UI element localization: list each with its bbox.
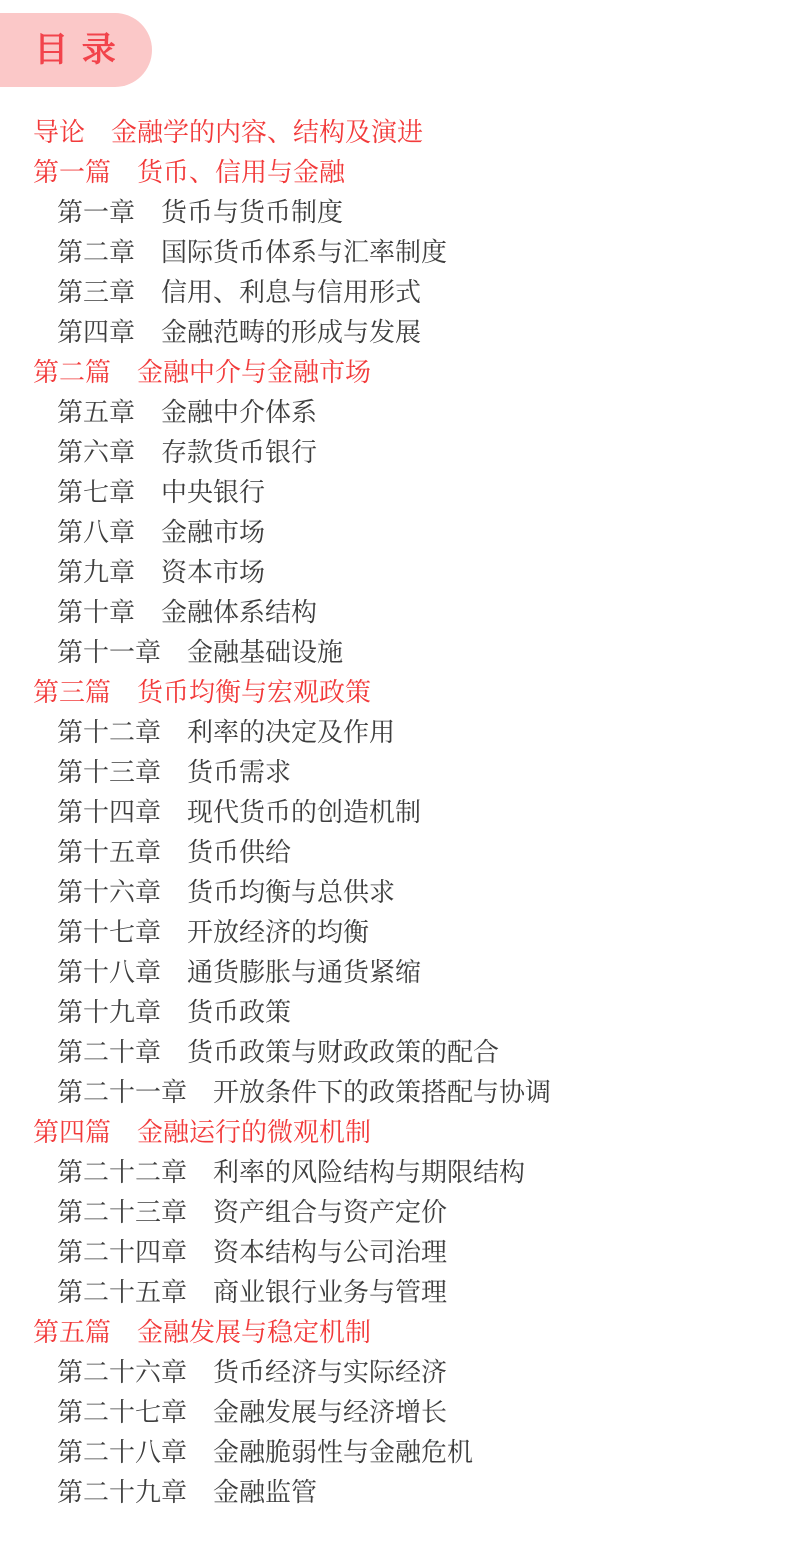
toc-entry-number: 第十五章 [57, 832, 161, 869]
page-title: 目 录 [34, 33, 117, 67]
toc-entry-title: 货币与货币制度 [161, 192, 343, 229]
toc-entry-title: 货币、信用与金融 [137, 152, 345, 189]
toc-entry-chapter[interactable]: 第十四章 现代货币的创造机制 [33, 790, 774, 830]
toc-list: 导论 金融学的内容、结构及演进 第一篇 货币、信用与金融 第一章 货币与货币制度… [33, 110, 774, 1510]
toc-entry-chapter[interactable]: 第十八章 通货膨胀与通货紧缩 [33, 950, 774, 990]
toc-entry-number: 第九章 [57, 552, 135, 589]
toc-entry-number: 第一章 [57, 192, 135, 229]
toc-entry-chapter[interactable]: 第八章 金融市场 [33, 510, 774, 550]
toc-entry-title: 货币政策 [187, 992, 291, 1029]
toc-entry-number: 第一篇 [33, 152, 111, 189]
toc-entry-number: 第二十二章 [57, 1152, 187, 1189]
toc-entry-title: 资产组合与资产定价 [213, 1192, 447, 1229]
toc-entry-chapter[interactable]: 第七章 中央银行 [33, 470, 774, 510]
toc-entry-title: 国际货币体系与汇率制度 [161, 232, 447, 269]
toc-entry-number: 第三篇 [33, 672, 111, 709]
toc-entry-number: 第四篇 [33, 1112, 111, 1149]
toc-entry-chapter[interactable]: 第十二章 利率的决定及作用 [33, 710, 774, 750]
toc-entry-chapter[interactable]: 第二十九章 金融监管 [33, 1470, 774, 1510]
toc-entry-title: 金融范畴的形成与发展 [161, 312, 421, 349]
toc-entry-number: 第二章 [57, 232, 135, 269]
toc-entry-title: 货币均衡与总供求 [187, 872, 395, 909]
toc-entry-part[interactable]: 第一篇 货币、信用与金融 [33, 150, 774, 190]
toc-entry-chapter[interactable]: 第十九章 货币政策 [33, 990, 774, 1030]
toc-entry-title: 金融中介与金融市场 [137, 352, 371, 389]
toc-entry-number: 第十六章 [57, 872, 161, 909]
toc-entry-title: 金融脆弱性与金融危机 [213, 1432, 473, 1469]
toc-entry-chapter[interactable]: 第二十四章 资本结构与公司治理 [33, 1230, 774, 1270]
toc-entry-chapter[interactable]: 第二十五章 商业银行业务与管理 [33, 1270, 774, 1310]
toc-entry-title: 利率的风险结构与期限结构 [213, 1152, 525, 1189]
toc-entry-chapter[interactable]: 第十章 金融体系结构 [33, 590, 774, 630]
toc-entry-title: 金融体系结构 [161, 592, 317, 629]
toc-entry-title: 货币政策与财政政策的配合 [187, 1032, 499, 1069]
toc-entry-number: 第八章 [57, 512, 135, 549]
toc-entry-number: 第十七章 [57, 912, 161, 949]
toc-entry-number: 第二十三章 [57, 1192, 187, 1229]
toc-entry-chapter[interactable]: 第二十章 货币政策与财政政策的配合 [33, 1030, 774, 1070]
toc-entry-part[interactable]: 第三篇 货币均衡与宏观政策 [33, 670, 774, 710]
toc-entry-number: 第六章 [57, 432, 135, 469]
toc-entry-number: 第二十七章 [57, 1392, 187, 1429]
toc-entry-number: 第四章 [57, 312, 135, 349]
toc-entry-number: 第二十章 [57, 1032, 161, 1069]
toc-entry-title: 货币需求 [187, 752, 291, 789]
toc-entry-chapter[interactable]: 第六章 存款货币银行 [33, 430, 774, 470]
toc-entry-chapter[interactable]: 第十三章 货币需求 [33, 750, 774, 790]
toc-title-badge: 目 录 [0, 13, 152, 87]
toc-entry-title: 资本结构与公司治理 [213, 1232, 447, 1269]
toc-entry-chapter[interactable]: 第二十三章 资产组合与资产定价 [33, 1190, 774, 1230]
toc-entry-number: 导论 [33, 112, 85, 149]
toc-entry-chapter[interactable]: 第二十六章 货币经济与实际经济 [33, 1350, 774, 1390]
toc-entry-title: 金融市场 [161, 512, 265, 549]
toc-entry-number: 第七章 [57, 472, 135, 509]
toc-entry-title: 通货膨胀与通货紧缩 [187, 952, 421, 989]
toc-entry-number: 第十八章 [57, 952, 161, 989]
toc-entry-chapter[interactable]: 第二章 国际货币体系与汇率制度 [33, 230, 774, 270]
toc-entry-title: 金融学的内容、结构及演进 [111, 112, 423, 149]
toc-entry-title: 中央银行 [161, 472, 265, 509]
toc-entry-title: 货币均衡与宏观政策 [137, 672, 371, 709]
toc-entry-chapter[interactable]: 第一章 货币与货币制度 [33, 190, 774, 230]
toc-entry-chapter[interactable]: 第九章 资本市场 [33, 550, 774, 590]
toc-entry-number: 第五篇 [33, 1312, 111, 1349]
toc-entry-title: 利率的决定及作用 [187, 712, 395, 749]
toc-entry-part[interactable]: 第四篇 金融运行的微观机制 [33, 1110, 774, 1150]
toc-entry-number: 第二十八章 [57, 1432, 187, 1469]
toc-entry-number: 第十章 [57, 592, 135, 629]
toc-entry-chapter[interactable]: 第十六章 货币均衡与总供求 [33, 870, 774, 910]
toc-entry-title: 货币供给 [187, 832, 291, 869]
toc-entry-part[interactable]: 第二篇 金融中介与金融市场 [33, 350, 774, 390]
toc-entry-title: 金融监管 [213, 1472, 317, 1509]
toc-entry-chapter[interactable]: 第二十七章 金融发展与经济增长 [33, 1390, 774, 1430]
toc-entry-title: 金融发展与经济增长 [213, 1392, 447, 1429]
toc-entry-chapter[interactable]: 第十一章 金融基础设施 [33, 630, 774, 670]
toc-entry-number: 第三章 [57, 272, 135, 309]
toc-entry-title: 金融运行的微观机制 [137, 1112, 371, 1149]
toc-entry-title: 信用、利息与信用形式 [161, 272, 421, 309]
toc-entry-number: 第二十一章 [57, 1072, 187, 1109]
toc-entry-title: 存款货币银行 [161, 432, 317, 469]
toc-entry-title: 金融基础设施 [187, 632, 343, 669]
toc-entry-title: 开放条件下的政策搭配与协调 [213, 1072, 551, 1109]
toc-entry-number: 第五章 [57, 392, 135, 429]
toc-entry-chapter[interactable]: 第十七章 开放经济的均衡 [33, 910, 774, 950]
toc-entry-part[interactable]: 第五篇 金融发展与稳定机制 [33, 1310, 774, 1350]
toc-entry-number: 第十三章 [57, 752, 161, 789]
toc-entry-chapter[interactable]: 第二十二章 利率的风险结构与期限结构 [33, 1150, 774, 1190]
toc-entry-number: 第十二章 [57, 712, 161, 749]
toc-entry-title: 开放经济的均衡 [187, 912, 369, 949]
toc-entry-number: 第二十四章 [57, 1232, 187, 1269]
toc-entry-number: 第十九章 [57, 992, 161, 1029]
toc-entry-chapter[interactable]: 第二十八章 金融脆弱性与金融危机 [33, 1430, 774, 1470]
toc-entry-title: 金融发展与稳定机制 [137, 1312, 371, 1349]
toc-entry-number: 第十四章 [57, 792, 161, 829]
toc-entry-chapter[interactable]: 第五章 金融中介体系 [33, 390, 774, 430]
toc-entry-number: 第二十六章 [57, 1352, 187, 1389]
toc-entry-title: 金融中介体系 [161, 392, 317, 429]
toc-entry-part[interactable]: 导论 金融学的内容、结构及演进 [33, 110, 774, 150]
toc-entry-number: 第二十五章 [57, 1272, 187, 1309]
toc-entry-number: 第十一章 [57, 632, 161, 669]
toc-entry-number: 第二十九章 [57, 1472, 187, 1509]
toc-entry-chapter[interactable]: 第十五章 货币供给 [33, 830, 774, 870]
toc-entry-chapter[interactable]: 第四章 金融范畴的形成与发展 [33, 310, 774, 350]
toc-entry-title: 资本市场 [161, 552, 265, 589]
toc-entry-chapter[interactable]: 第三章 信用、利息与信用形式 [33, 270, 774, 310]
toc-entry-title: 商业银行业务与管理 [213, 1272, 447, 1309]
toc-entry-title: 现代货币的创造机制 [187, 792, 421, 829]
toc-entry-number: 第二篇 [33, 352, 111, 389]
toc-entry-title: 货币经济与实际经济 [213, 1352, 447, 1389]
toc-entry-chapter[interactable]: 第二十一章 开放条件下的政策搭配与协调 [33, 1070, 774, 1110]
